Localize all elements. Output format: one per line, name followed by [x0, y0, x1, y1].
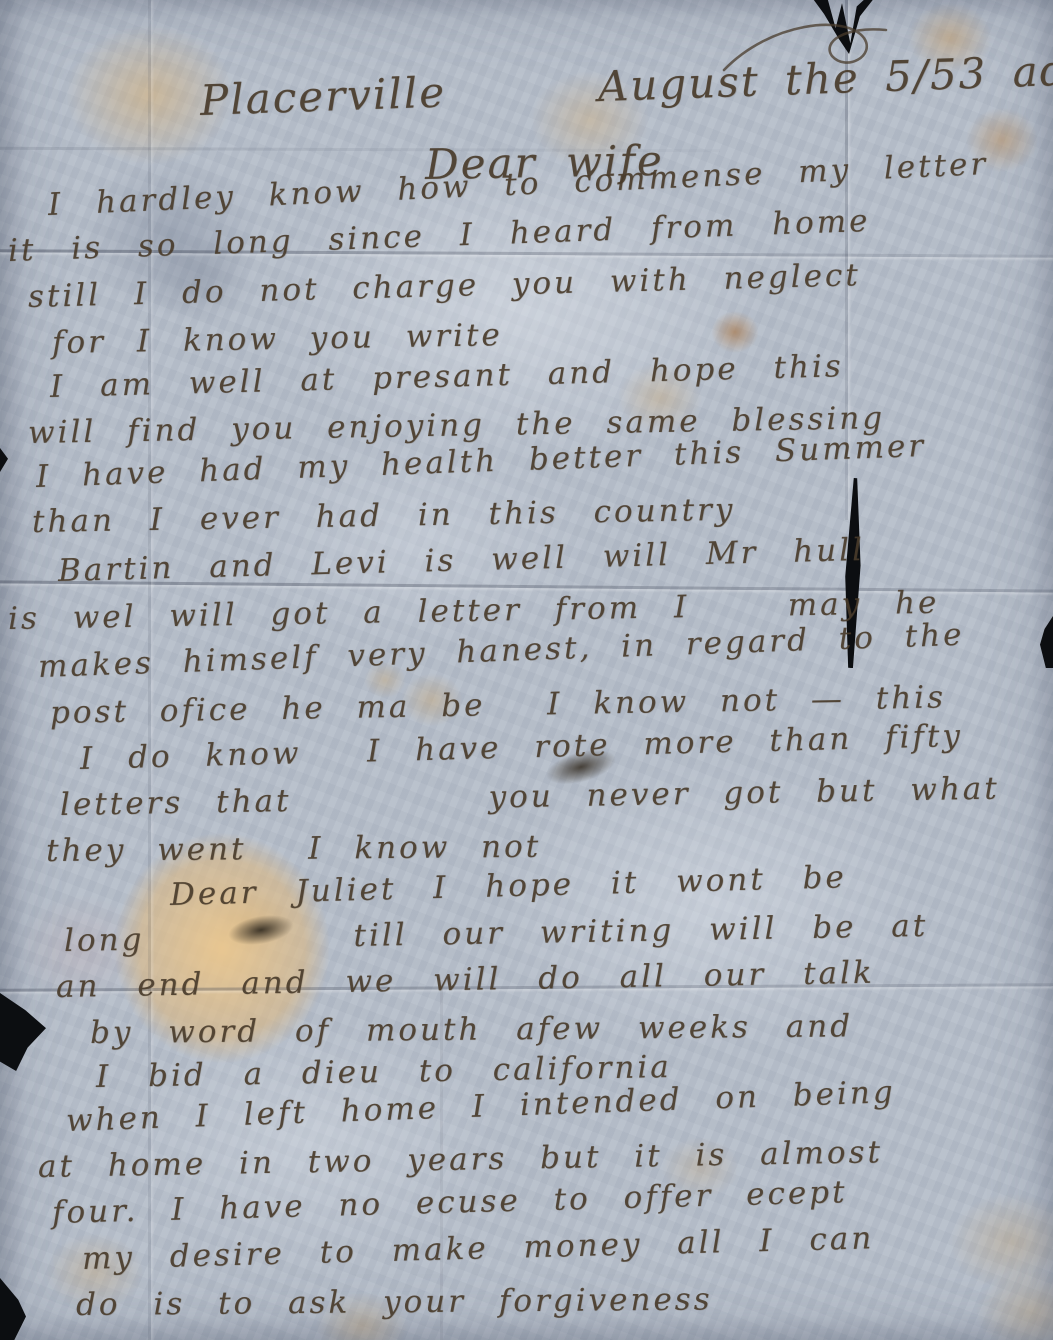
letter-line-16: letters that you never got but what [60, 772, 1000, 822]
letter-line-6: for I know you write [52, 318, 503, 360]
letter-page: Placerville August the 5/53 adDear wifeI… [0, 0, 1053, 1340]
letter-body: Placerville August the 5/53 adDear wifeI… [0, 0, 1053, 1340]
letter-line-5: still I do not charge you with neglect [28, 258, 862, 314]
letter-line-25: four. I have no ecuse to offer ecept [52, 1175, 848, 1230]
letter-line-11: Bartin and Levi is well will Mr hull [58, 533, 866, 588]
letter-line-1: Placerville August the 5/53 ad [199, 48, 1053, 124]
letter-line-10: than I ever had in this country [32, 493, 736, 539]
letter-line-26: my desire to make money all I can [82, 1221, 875, 1276]
letter-line-27: do is to ask your forgiveness [76, 1282, 713, 1322]
letter-line-20: an end and we will do all our talk [56, 956, 875, 1004]
letter-line-19: long till our writing will be at [64, 909, 929, 958]
letter-line-17: they went I know not [46, 830, 541, 868]
letter-line-21: by word of mouth afew weeks and [90, 1009, 853, 1050]
letter-line-18: Dear Juliet I hope it wont be [170, 860, 848, 912]
